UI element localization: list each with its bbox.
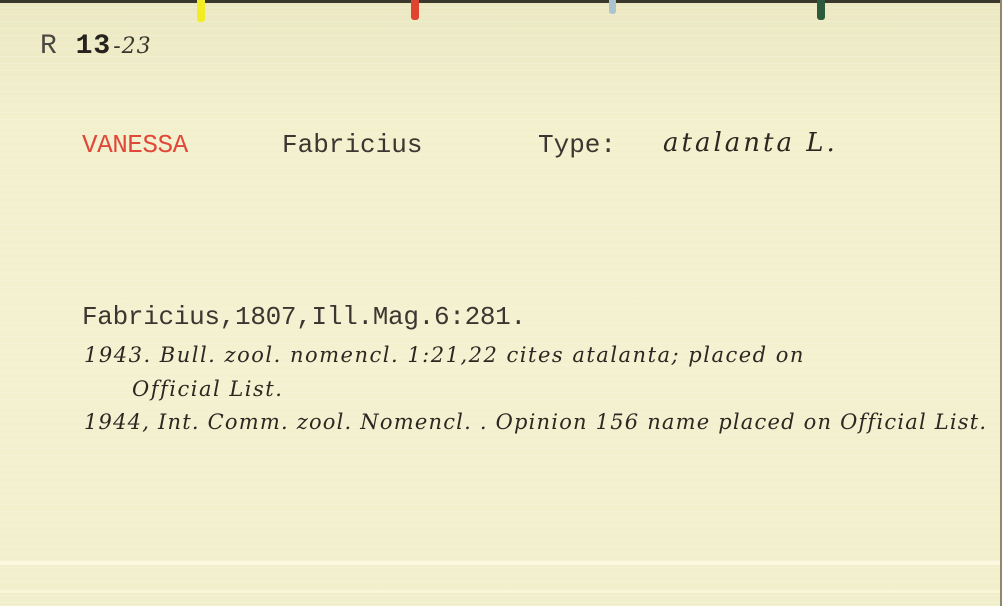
call-number: R 13-23 (40, 31, 152, 62)
card-crease (0, 561, 1002, 565)
call-number-suffix: -23 (113, 34, 151, 59)
handwritten-note-1: 1943. Bull. zool. nomencl. 1:21,22 cites… (84, 343, 805, 367)
genus-author: Fabricius (282, 130, 422, 160)
card-top-edge (0, 0, 1002, 3)
blue-tab-marker (609, 0, 616, 14)
card-crease-lower (0, 590, 1002, 593)
genus-name: VANESSA (82, 130, 188, 160)
handwritten-note-1-continued: Official List. (132, 377, 283, 401)
type-species: atalanta L. (663, 128, 838, 158)
index-card: R 13-23 VANESSA Fabricius Type: atalanta… (0, 0, 1002, 606)
yellow-tab-marker (197, 0, 205, 22)
handwritten-note-2: 1944, Int. Comm. zool. Nomencl. . Opinio… (84, 410, 987, 434)
type-label: Type: (538, 130, 616, 160)
call-number-prefix: R (40, 31, 58, 62)
call-number-value: 13 (76, 31, 112, 62)
green-tab-marker (817, 0, 825, 20)
original-reference: Fabricius,1807,Ill.Mag.6:281. (82, 302, 526, 332)
red-tab-marker (411, 0, 419, 20)
